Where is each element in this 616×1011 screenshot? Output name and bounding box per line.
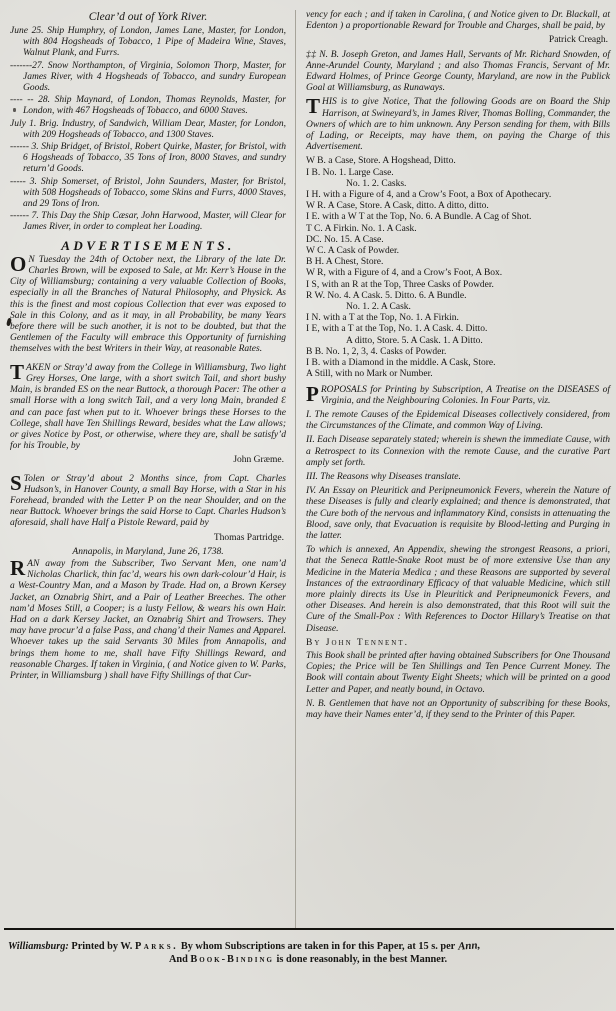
footer-rule bbox=[4, 928, 614, 930]
scan-artifact bbox=[13, 108, 16, 112]
cargo-mark-item: A Still, with no Mark or Number. bbox=[306, 369, 610, 380]
cargo-mark-item: W C. A Cask of Powder. bbox=[306, 246, 610, 257]
tennent-byline: By John Tennent. bbox=[306, 638, 610, 649]
treatise-part-2: II. Each Disease separately stated; wher… bbox=[306, 435, 610, 469]
cargo-mark-item: W R, with a Figure of 4, and a Crow’s Fo… bbox=[306, 268, 610, 279]
imprint-city: Williamsburg: bbox=[8, 941, 69, 952]
currency-continuation: vency for each ; and if taken in Carolin… bbox=[306, 10, 610, 32]
book-printing-terms: This Book shall be printed after having … bbox=[306, 651, 610, 696]
cargo-mark-item: W R. A Case, Store. A Cask, ditto. A dit… bbox=[306, 201, 610, 212]
cargo-mark-item: I E, with a T at the Top, No. 1. A Cask.… bbox=[306, 324, 610, 335]
imprint-line-2: And Book-Binding is done reasonably, in … bbox=[0, 954, 616, 966]
clearance-entry: -------27. Snow Northampton, of Virginia… bbox=[10, 61, 286, 95]
imprint-and: And bbox=[169, 954, 188, 965]
cargo-mark-item: I N. with a T at the Top, No. 1. A Firki… bbox=[306, 313, 610, 324]
cargo-mark-item: T C. A Firkin. No. 1. A Cask. bbox=[306, 224, 610, 235]
left-column: Clear’d out of York River. June 25. Ship… bbox=[10, 10, 296, 930]
ship-harrison-notice: THIS is to give Notice, That the followi… bbox=[306, 97, 610, 153]
treatise-part-3: III. The Reasons why Diseases translate. bbox=[306, 472, 610, 483]
imprint-footer: Williamsburg: Printed by W. Parks. By wh… bbox=[0, 928, 616, 966]
cargo-mark-item: A ditto, Store. 5. A Cask. 1. A Ditto. bbox=[306, 336, 610, 347]
nb-runaways-note: ‡‡ N. B. Joseph Greton, and James Hall, … bbox=[306, 50, 610, 95]
signature-thomas-partridge: Thomas Partridge. bbox=[10, 533, 284, 544]
imprint-subscription-text: By whom Subscriptions are taken in for t… bbox=[181, 941, 455, 952]
taken-horses-ad: TAKEN or Stray’d away from the College i… bbox=[10, 363, 286, 453]
signature-patrick-creagh: Patrick Creagh. bbox=[306, 35, 608, 46]
clearance-entry: ------ 7. This Day the Ship Cæsar, John … bbox=[10, 211, 286, 233]
cargo-mark-item: I E. with a W T at the Top, No. 6. A Bun… bbox=[306, 212, 610, 223]
right-column: vency for each ; and if taken in Carolin… bbox=[296, 10, 610, 930]
cargo-mark-item: W B. a Case, Store. A Hogshead, Ditto. bbox=[306, 156, 610, 167]
cargo-mark-item: No. 1. 2. A Cask. bbox=[306, 302, 610, 313]
cargo-mark-item: I S, with an R at the Top, Three Casks o… bbox=[306, 280, 610, 291]
clearance-entry: ------ 3. Ship Bridget, of Bristol, Robe… bbox=[10, 142, 286, 176]
cargo-marks-list: W B. a Case, Store. A Hogshead, Ditto. I… bbox=[306, 156, 610, 380]
treatise-part-1: I. The remote Causes of the Epidemical D… bbox=[306, 410, 610, 432]
treatise-part-4: IV. An Essay on Pleuritick and Peripneum… bbox=[306, 486, 610, 542]
imprint-bookbinding: Book-Binding bbox=[190, 954, 274, 965]
library-sale-ad: ON Tuesday the 24th of October next, the… bbox=[10, 255, 286, 356]
clearances-title: Clear’d out of York River. bbox=[10, 11, 286, 24]
imprint-printed-by: Printed by W. bbox=[71, 941, 132, 952]
annapolis-dateline: Annapolis, in Maryland, June 26, 1738. bbox=[10, 547, 286, 558]
page-columns: Clear’d out of York River. June 25. Ship… bbox=[10, 10, 610, 930]
runaway-servants-ad: RAN away from the Subscriber, Two Servan… bbox=[10, 559, 286, 682]
newspaper-page: Clear’d out of York River. June 25. Ship… bbox=[0, 0, 616, 1011]
stolen-horse-ad: STolen or Stray’d about 2 Months since, … bbox=[10, 474, 286, 530]
cargo-mark-item: R W. No. 4. A Cask. 5. Ditto. 6. A Bundl… bbox=[306, 291, 610, 302]
nb-subscription-note: N. B. Gentlemen that have not an Opportu… bbox=[306, 699, 610, 721]
cargo-mark-item: DC. No. 15. A Case. bbox=[306, 235, 610, 246]
clearance-entry: June 25. Ship Humphry, of London, James … bbox=[10, 26, 286, 60]
imprint-line2-suffix: is done reasonably, in the best Manner. bbox=[277, 954, 448, 965]
cargo-mark-item: I H. with a Figure of 4, and a Crow’s Fo… bbox=[306, 190, 610, 201]
cargo-mark-item: I B. with a Diamond in the middle. A Cas… bbox=[306, 358, 610, 369]
clearance-entry: July 1. Brig. Industry, of Sandwich, Wil… bbox=[10, 119, 286, 141]
appendix-paragraph: To which is annexed, An Appendix, shewin… bbox=[306, 545, 610, 635]
cargo-mark-item: B B. No. 1, 2, 3, 4. Casks of Powder. bbox=[306, 347, 610, 358]
cargo-mark-item: B H. A Chest, Store. bbox=[306, 257, 610, 268]
imprint-line-1: Williamsburg: Printed by W. Parks. By wh… bbox=[0, 940, 616, 953]
imprint-handwritten-scrawl: Ann, bbox=[457, 939, 480, 953]
cargo-mark-item: I B. No. 1. Large Case. bbox=[306, 168, 610, 179]
advertisements-heading: ADVERTISEMENTS. bbox=[10, 240, 286, 251]
cargo-mark-item: No. 1. 2. Casks. bbox=[306, 179, 610, 190]
clearance-entry: ----- 3. Ship Somerset, of Bristol, John… bbox=[10, 177, 286, 211]
signature-john-graeme: John Græme. bbox=[10, 455, 284, 466]
imprint-printer-name: Parks. bbox=[135, 941, 178, 952]
proposals-heading-paragraph: PROPOSALS for Printing by Subscription, … bbox=[306, 385, 610, 407]
clearance-entry: ---- -- 28. Ship Maynard, of London, Tho… bbox=[10, 95, 286, 117]
